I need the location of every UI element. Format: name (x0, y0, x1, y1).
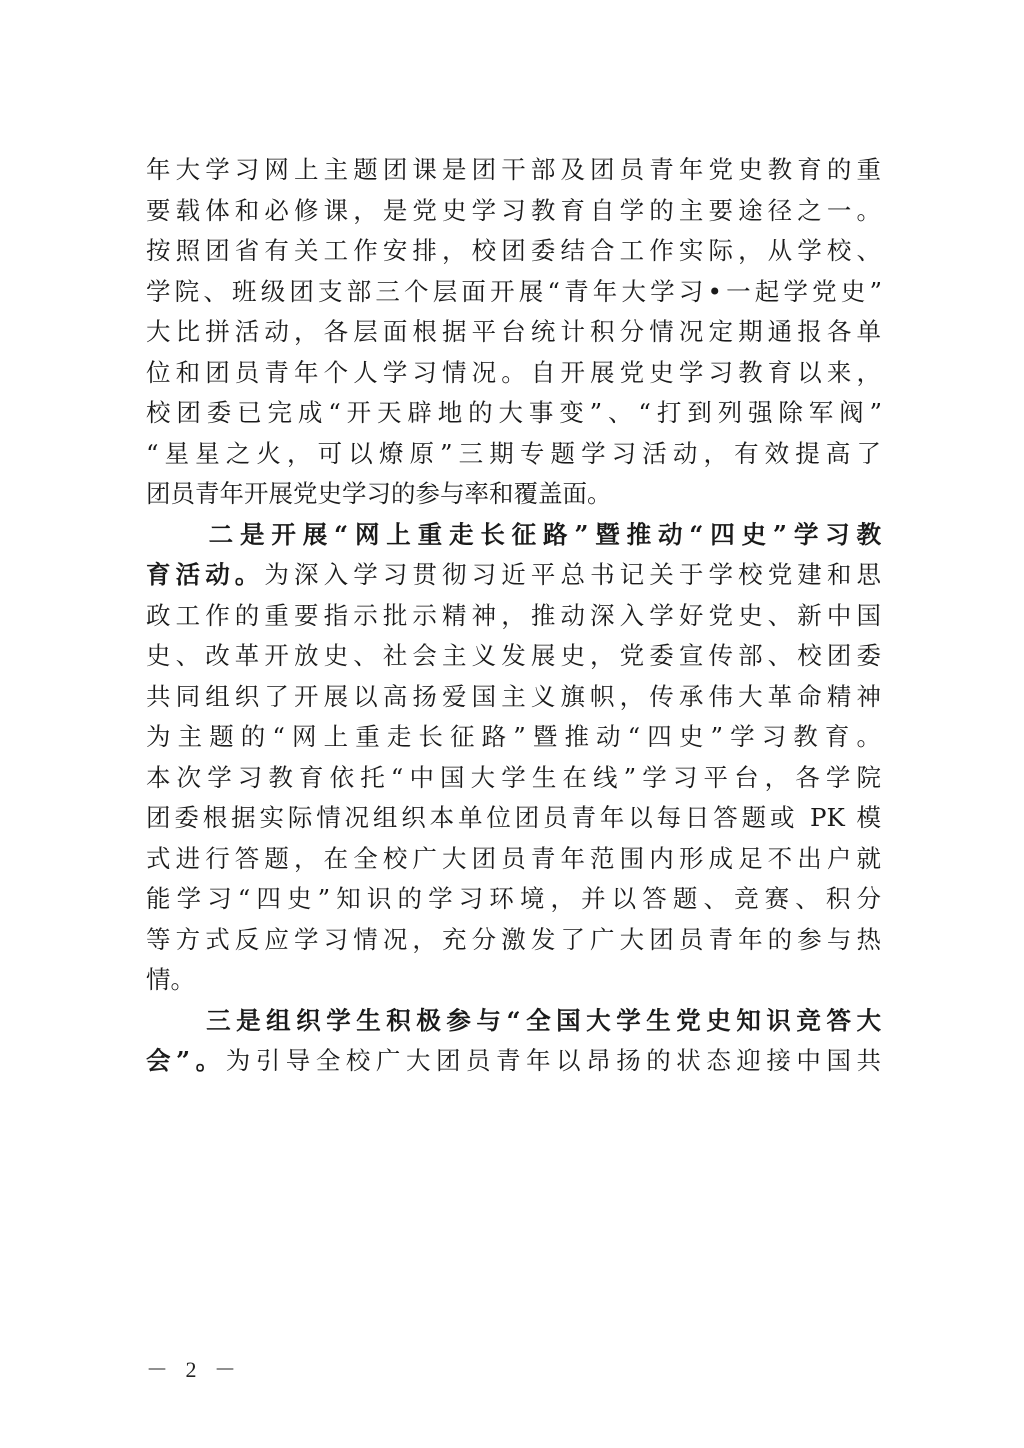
body-text-span: 为引导全校广大团员青年以昂扬的状态迎接中国共 (226, 1046, 881, 1075)
section-heading-two-end: 育活动。 (146, 560, 264, 589)
section-heading-three-end: 会”。 (146, 1046, 226, 1075)
body-line: 能学习“四史”知识的学习环境，并以答题、竞赛、积分 (146, 879, 881, 920)
body-line: 为主题的“网上重走长征路”暨推动“四史”学习教育。 (146, 717, 881, 758)
body-line: 校团委已完成“开天辟地的大事变”、“打到列强除军阀” (146, 393, 881, 434)
body-line: “星星之火，可以燎原”三期专题学习活动，有效提高了 (146, 434, 881, 475)
document-page: 年大学习网上主题团课是团干部及团员青年党史教育的重 要载体和必修课，是党史学习教… (0, 0, 1024, 1448)
section-heading-three: 三是组织学生积极参与“全国大学生党史知识竞答大 (146, 1001, 881, 1042)
document-body: 年大学习网上主题团课是团干部及团员青年党史教育的重 要载体和必修课，是党史学习教… (146, 150, 881, 1082)
body-text-span: 为深入学习贯彻习近平总书记关于学校党建和思 (264, 560, 881, 589)
body-line: 政工作的重要指示批示精神，推动深入学好党史、新中国 (146, 596, 881, 637)
body-line: 共同组织了开展以高扬爱国主义旗帜，传承伟大革命精神 (146, 677, 881, 718)
body-line: 学院、班级团支部三个层面开展“青年大学习•一起学党史” (146, 272, 881, 313)
body-line: 情。 (146, 960, 881, 1001)
body-line: 位和团员青年个人学习情况。自开展党史学习教育以来， (146, 353, 881, 394)
body-line: 团员青年开展党史学习的参与率和覆盖面。 (146, 474, 881, 515)
body-line: 会”。为引导全校广大团员青年以昂扬的状态迎接中国共 (146, 1041, 881, 1082)
body-line: 按照团省有关工作安排，校团委结合工作实际，从学校、 (146, 231, 881, 272)
body-line: 育活动。为深入学习贯彻习近平总书记关于学校党建和思 (146, 555, 881, 596)
body-line: 年大学习网上主题团课是团干部及团员青年党史教育的重 (146, 150, 881, 191)
body-line: 本次学习教育依托“中国大学生在线”学习平台，各学院 (146, 758, 881, 799)
page-number: － 2 － (146, 1353, 242, 1384)
body-line: 等方式反应学习情况，充分激发了广大团员青年的参与热 (146, 920, 881, 961)
body-line: 要载体和必修课，是党史学习教育自学的主要途径之一。 (146, 191, 881, 232)
body-line: 团委根据实际情况组织本单位团员青年以每日答题或 PK 模 (146, 798, 881, 839)
body-line: 式进行答题，在全校广大团员青年范围内形成足不出户就 (146, 839, 881, 880)
body-line: 史、改革开放史、社会主义发展史，党委宣传部、校团委 (146, 636, 881, 677)
section-heading-two: 二是开展“网上重走长征路”暨推动“四史”学习教 (146, 515, 881, 556)
body-line: 大比拼活动，各层面根据平台统计积分情况定期通报各单 (146, 312, 881, 353)
